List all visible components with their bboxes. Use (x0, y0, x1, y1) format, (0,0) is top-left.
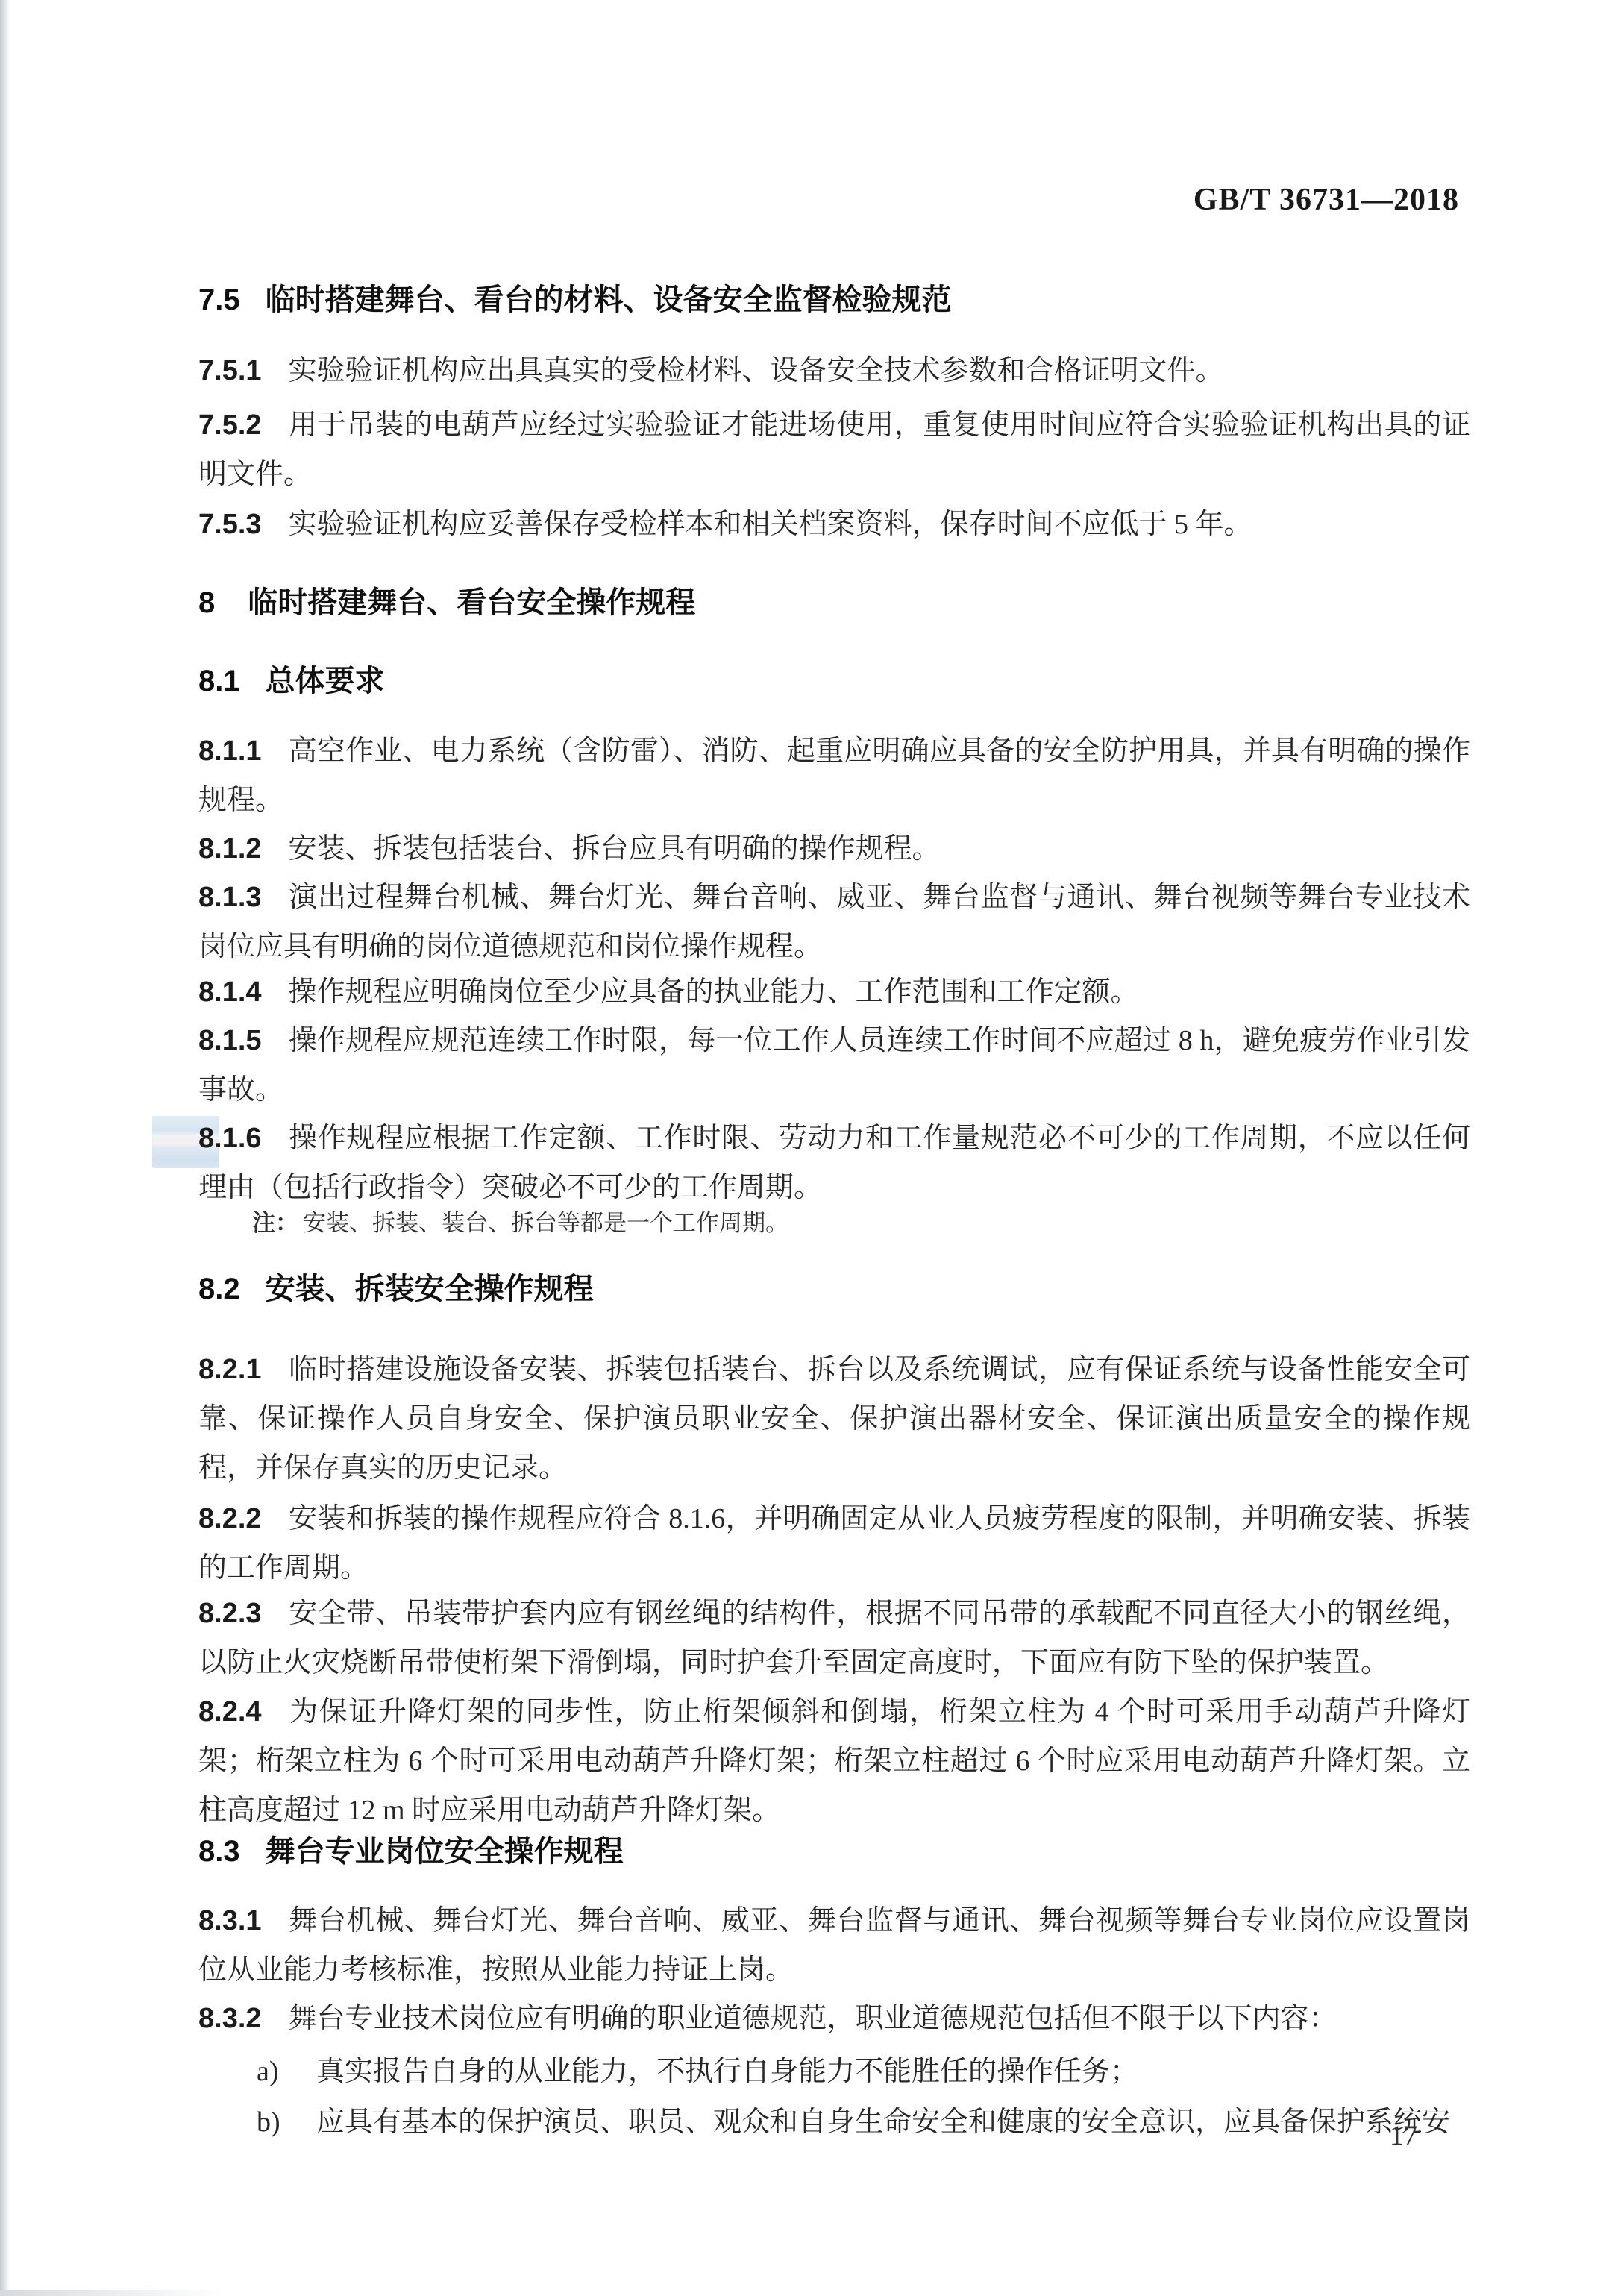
section-number: 8.1 (198, 665, 240, 697)
section-title: 舞台专业岗位安全操作规程 (266, 1835, 624, 1868)
clause-7-5-2: 7.5.2用于吊装的电葫芦应经过实验验证才能进场使用，重复使用时间应符合实验验证… (198, 401, 1470, 499)
clause-number: 8.1.3 (198, 882, 262, 913)
clause-8-1-4: 8.1.4操作规程应明确岗位至少应具备的执业能力、工作范围和工作定额。 (198, 967, 1470, 1017)
list-item-a: a)真实报告自身的从业能力，不执行自身能力不能胜任的操作任务； (198, 2047, 1470, 2096)
clause-text: 实验验证机构应妥善保存受检样本和相关档案资料，保存时间不应低于 5 年。 (289, 509, 1252, 540)
clause-8-2-3: 8.2.3安全带、吊装带护套内应有钢丝绳的结构件，根据不同吊带的承载配不同直径大… (198, 1589, 1470, 1687)
document-page: GB/T 36731—2018 7.5临时搭建舞台、看台的材料、设备安全监督检验… (0, 0, 1609, 2296)
section-heading-8-3: 8.3舞台专业岗位安全操作规程 (198, 1834, 1470, 1869)
section-title: 临时搭建舞台、看台安全操作规程 (248, 586, 695, 619)
clause-8-2-4: 8.2.4为保证升降灯架的同步性，防止桁架倾斜和倒塌，桁架立柱为 4 个时可采用… (198, 1687, 1470, 1835)
clause-text: 安装、拆装包括装台、拆台应具有明确的操作规程。 (289, 833, 941, 865)
clause-number: 8.3.1 (198, 1905, 262, 1936)
clause-number: 8.1.1 (198, 735, 262, 767)
section-heading-8-2: 8.2安装、拆装安全操作规程 (198, 1271, 1470, 1307)
note-label: 注： (252, 1210, 298, 1236)
clause-8-1-5: 8.1.5操作规程应规范连续工作时限，每一位工作人员连续工作时间不应超过 8 h… (198, 1016, 1470, 1114)
document-content: 7.5临时搭建舞台、看台的材料、设备安全监督检验规范 7.5.1实验验证机构应出… (198, 0, 1470, 2296)
clause-number: 7.5.2 (198, 410, 262, 441)
scan-edge-bottom-artifact (0, 2290, 224, 2296)
clause-7-5-3: 7.5.3实验验证机构应妥善保存受检样本和相关档案资料，保存时间不应低于 5 年… (198, 500, 1470, 549)
clause-number: 7.5.3 (198, 509, 262, 540)
clause-number: 8.2.1 (198, 1354, 262, 1385)
clause-text: 临时搭建设施设备安装、拆装包括装台、拆台以及系统调试，应有保证系统与设备性能安全… (198, 1354, 1470, 1484)
clause-7-5-1: 7.5.1实验验证机构应出具真实的受检材料、设备安全技术参数和合格证明文件。 (198, 346, 1470, 395)
clause-note: 注：安装、拆装、装台、拆台等都是一个工作周期。 (198, 1205, 1524, 1242)
page-number: 17 (1390, 2120, 1417, 2152)
clause-text: 实验验证机构应出具真实的受检材料、设备安全技术参数和合格证明文件。 (289, 355, 1224, 386)
clause-number: 7.5.1 (198, 355, 262, 386)
clause-text: 舞台专业技术岗位应有明确的职业道德规范，职业道德规范包括但不限于以下内容： (289, 2003, 1337, 2034)
clause-8-1-2: 8.1.2安装、拆装包括装台、拆台应具有明确的操作规程。 (198, 824, 1470, 873)
list-marker: a) (257, 2047, 316, 2096)
clause-8-3-1: 8.3.1舞台机械、舞台灯光、舞台音响、威亚、舞台监督与通讯、舞台视频等舞台专业… (198, 1896, 1470, 1995)
clause-number: 8.3.2 (198, 2003, 262, 2034)
note-text: 安装、拆装、装台、拆台等都是一个工作周期。 (303, 1210, 788, 1236)
section-title: 安装、拆装安全操作规程 (266, 1273, 594, 1305)
clause-number: 8.1.6 (198, 1123, 262, 1154)
list-text: 真实报告自身的从业能力，不执行自身能力不能胜任的操作任务； (316, 2047, 1470, 2096)
clause-8-2-1: 8.2.1临时搭建设施设备安装、拆装包括装台、拆台以及系统调试，应有保证系统与设… (198, 1345, 1470, 1493)
section-title: 临时搭建舞台、看台的材料、设备安全监督检验规范 (266, 283, 952, 316)
clause-text: 演出过程舞台机械、舞台灯光、舞台音响、威亚、舞台监督与通讯、舞台视频等舞台专业技… (198, 882, 1470, 962)
clause-text: 安全带、吊装带护套内应有钢丝绳的结构件，根据不同吊带的承载配不同直径大小的钢丝绳… (198, 1598, 1470, 1678)
section-title: 总体要求 (266, 665, 385, 697)
clause-text: 操作规程应规范连续工作时限，每一位工作人员连续工作时间不应超过 8 h，避免疲劳… (198, 1025, 1470, 1105)
list-text: 应具有基本的保护演员、职员、观众和自身生命安全和健康的安全意识，应具备保护系统安 (316, 2098, 1470, 2147)
clause-8-1-3: 8.1.3演出过程舞台机械、舞台灯光、舞台音响、威亚、舞台监督与通讯、舞台视频等… (198, 873, 1470, 971)
clause-number: 8.2.2 (198, 1503, 262, 1534)
clause-number: 8.2.3 (198, 1598, 262, 1629)
clause-text: 操作规程应明确岗位至少应具备的执业能力、工作范围和工作定额。 (289, 976, 1139, 1008)
clause-8-2-2: 8.2.2安装和拆装的操作规程应符合 8.1.6，并明确固定从业人员疲劳程度的限… (198, 1494, 1470, 1593)
clause-text: 高空作业、电力系统（含防雷）、消防、起重应明确应具备的安全防护用具，并具有明确的… (198, 735, 1470, 816)
list-marker: b) (257, 2098, 316, 2147)
clause-text: 为保证升降灯架的同步性，防止桁架倾斜和倒塌，桁架立柱为 4 个时可采用手动葫芦升… (198, 1696, 1470, 1826)
clause-number: 8.2.4 (198, 1696, 262, 1728)
section-heading-7-5: 7.5临时搭建舞台、看台的材料、设备安全监督检验规范 (198, 282, 1470, 318)
section-number: 8.3 (198, 1835, 240, 1868)
list-item-b: b)应具有基本的保护演员、职员、观众和自身生命安全和健康的安全意识，应具备保护系… (198, 2098, 1470, 2147)
section-heading-8: 8临时搭建舞台、看台安全操作规程 (198, 585, 1470, 621)
clause-number: 8.1.5 (198, 1025, 262, 1056)
section-heading-8-1: 8.1总体要求 (198, 663, 1470, 699)
clause-8-1-1: 8.1.1高空作业、电力系统（含防雷）、消防、起重应明确应具备的安全防护用具，并… (198, 727, 1470, 825)
clause-text: 安装和拆装的操作规程应符合 8.1.6，并明确固定从业人员疲劳程度的限制，并明确… (198, 1503, 1470, 1584)
clause-8-1-6: 8.1.6操作规程应根据工作定额、工作时限、劳动力和工作量规范必不可少的工作周期… (198, 1114, 1470, 1212)
section-number: 8.2 (198, 1273, 240, 1305)
clause-8-3-2: 8.3.2舞台专业技术岗位应有明确的职业道德规范，职业道德规范包括但不限于以下内… (198, 1994, 1470, 2043)
clause-text: 操作规程应根据工作定额、工作时限、劳动力和工作量规范必不可少的工作周期，不应以任… (198, 1123, 1470, 1203)
clause-number: 8.1.2 (198, 833, 262, 865)
section-number: 8 (198, 586, 215, 619)
section-number: 7.5 (198, 283, 240, 316)
clause-text: 舞台机械、舞台灯光、舞台音响、威亚、舞台监督与通讯、舞台视频等舞台专业岗位应设置… (198, 1905, 1470, 1986)
clause-number: 8.1.4 (198, 976, 262, 1008)
clause-text: 用于吊装的电葫芦应经过实验验证才能进场使用，重复使用时间应符合实验验证机构出具的… (198, 410, 1470, 490)
scan-edge-artifact (0, 0, 10, 2296)
